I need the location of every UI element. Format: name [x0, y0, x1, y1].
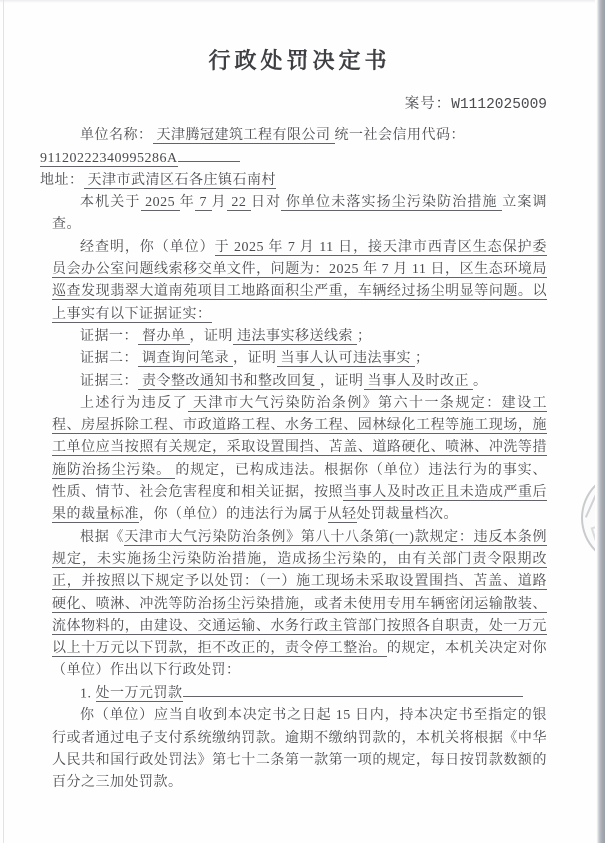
- underlined-text: 督办单: [138, 329, 190, 345]
- text-segment: ，证明: [320, 374, 364, 389]
- underlined-text: 你单位未落实扬尘污染防治措施: [281, 195, 502, 211]
- penalty-item-1: 1. 处一万元罚款: [52, 683, 547, 706]
- text-segment: 日对: [251, 195, 281, 210]
- text-segment: 处罚裁量档次。: [357, 507, 459, 522]
- underlined-text: 91120222340995286A: [40, 151, 178, 167]
- text-segment: 证据二：: [80, 351, 138, 366]
- underlined-text: 当事人认可违法事实: [277, 351, 416, 367]
- case-filing: 本机关于 2025 年 7 月 22 日对 你单位未落实扬尘污染防治措施 立案调…: [52, 192, 547, 237]
- underlined-text: 天津市武清区石各庄镇石南村: [84, 173, 277, 189]
- case-number-label: 案号：: [405, 96, 452, 112]
- payment-instructions: 你（单位）应当自收到本决定书之日起 15 日内，持本决定书至指定的银行或者通过电…: [52, 705, 547, 794]
- case-number-line: 案号：W1112025009: [52, 92, 547, 113]
- text-segment: ，你（单位）的违法行为属于: [139, 507, 328, 522]
- text-segment: 单位名称：: [80, 128, 153, 143]
- case-number-value: W1112025009: [451, 97, 547, 113]
- scan-edge-right: [595, 0, 605, 843]
- scan-edge-left: [3, 0, 4, 843]
- violation-clause: 上述行为违反了 天津市大气污染防治条例》第六十一条规定：建设工程、房屋拆除工程、…: [52, 393, 547, 527]
- text-segment: 经查明，你（单位）: [80, 240, 215, 255]
- scanned-page: 行政处罚决定书 案号：W1112025009 单位名称： 天津腾冠建筑工程有限公…: [0, 0, 605, 843]
- underlined-text: 责令整改通知书和整改回复: [138, 374, 320, 390]
- text-segment: ，证明: [190, 329, 234, 344]
- document-content: 行政处罚决定书 案号：W1112025009 单位名称： 天津腾冠建筑工程有限公…: [52, 44, 547, 795]
- evidence-3: 证据三： 责令整改通知书和整改回复 ，证明 当事人及时改正 。: [52, 371, 547, 393]
- underlined-text: 处一万元罚款: [96, 686, 183, 702]
- underlined-text: 当事人及时改正: [364, 374, 474, 390]
- text-segment: 你（单位）应当自收到本决定书之日起 15 日内，持本决定书至指定的银行或者通过电…: [52, 708, 547, 790]
- text-segment: 本机关于: [80, 195, 141, 210]
- underlined-text: 7: [195, 195, 212, 211]
- underlined-text: 调查询问笔录: [138, 351, 233, 367]
- text-segment: 。: [473, 374, 488, 389]
- unit-info: 单位名称： 天津腾冠建筑工程有限公司 统一社会信用代码：911202223409…: [40, 125, 547, 192]
- text-segment: 地址：: [40, 173, 84, 188]
- blank-underline: [183, 683, 523, 697]
- underlined-text: 2025: [141, 195, 180, 211]
- underlined-text: 天津市大气污染防治条例》第八十八条第(一)款规定：违反本条例规定，未实施扬尘污染…: [52, 530, 547, 657]
- text-segment: 证据一：: [80, 329, 138, 344]
- underlined-text: 违法事实移送线索: [233, 329, 357, 345]
- text-segment: 月: [212, 195, 227, 210]
- text-segment: 1.: [80, 686, 96, 701]
- text-segment: 根据《: [80, 530, 124, 545]
- text-segment: ；: [357, 329, 372, 344]
- scan-edge-top: [0, 0, 605, 3]
- evidence-2: 证据二： 调查询问笔录 ，证明 当事人认可违法事实 ；: [52, 348, 547, 370]
- penalty-basis: 根据《天津市大气污染防治条例》第八十八条第(一)款规定：违反本条例规定，未实施扬…: [52, 527, 547, 683]
- text-segment: 统一社会信用代码：: [335, 128, 466, 143]
- text-segment: ，证明: [233, 351, 277, 366]
- evidence-1: 证据一： 督办单 ，证明 违法事实移送线索 ；: [52, 326, 547, 348]
- underlined-text: 天津腾冠建筑工程有限公司: [153, 128, 335, 144]
- text-segment: 上述行为违反了: [80, 396, 188, 411]
- underlined-text: 从轻: [328, 507, 357, 523]
- blank-underline: [178, 147, 240, 161]
- underlined-text: 22: [227, 195, 251, 211]
- text-segment: ；: [415, 351, 430, 366]
- text-segment: 年: [180, 195, 195, 210]
- text-segment: 证据三：: [80, 374, 138, 389]
- page-title: 行政处罚决定书: [52, 44, 547, 75]
- investigation-findings: 经查明，你（单位）于 2025 年 7 月 11 日，接天津市西青区生态保护委员…: [52, 237, 547, 326]
- document-body: 单位名称： 天津腾冠建筑工程有限公司 统一社会信用代码：911202223409…: [52, 125, 547, 795]
